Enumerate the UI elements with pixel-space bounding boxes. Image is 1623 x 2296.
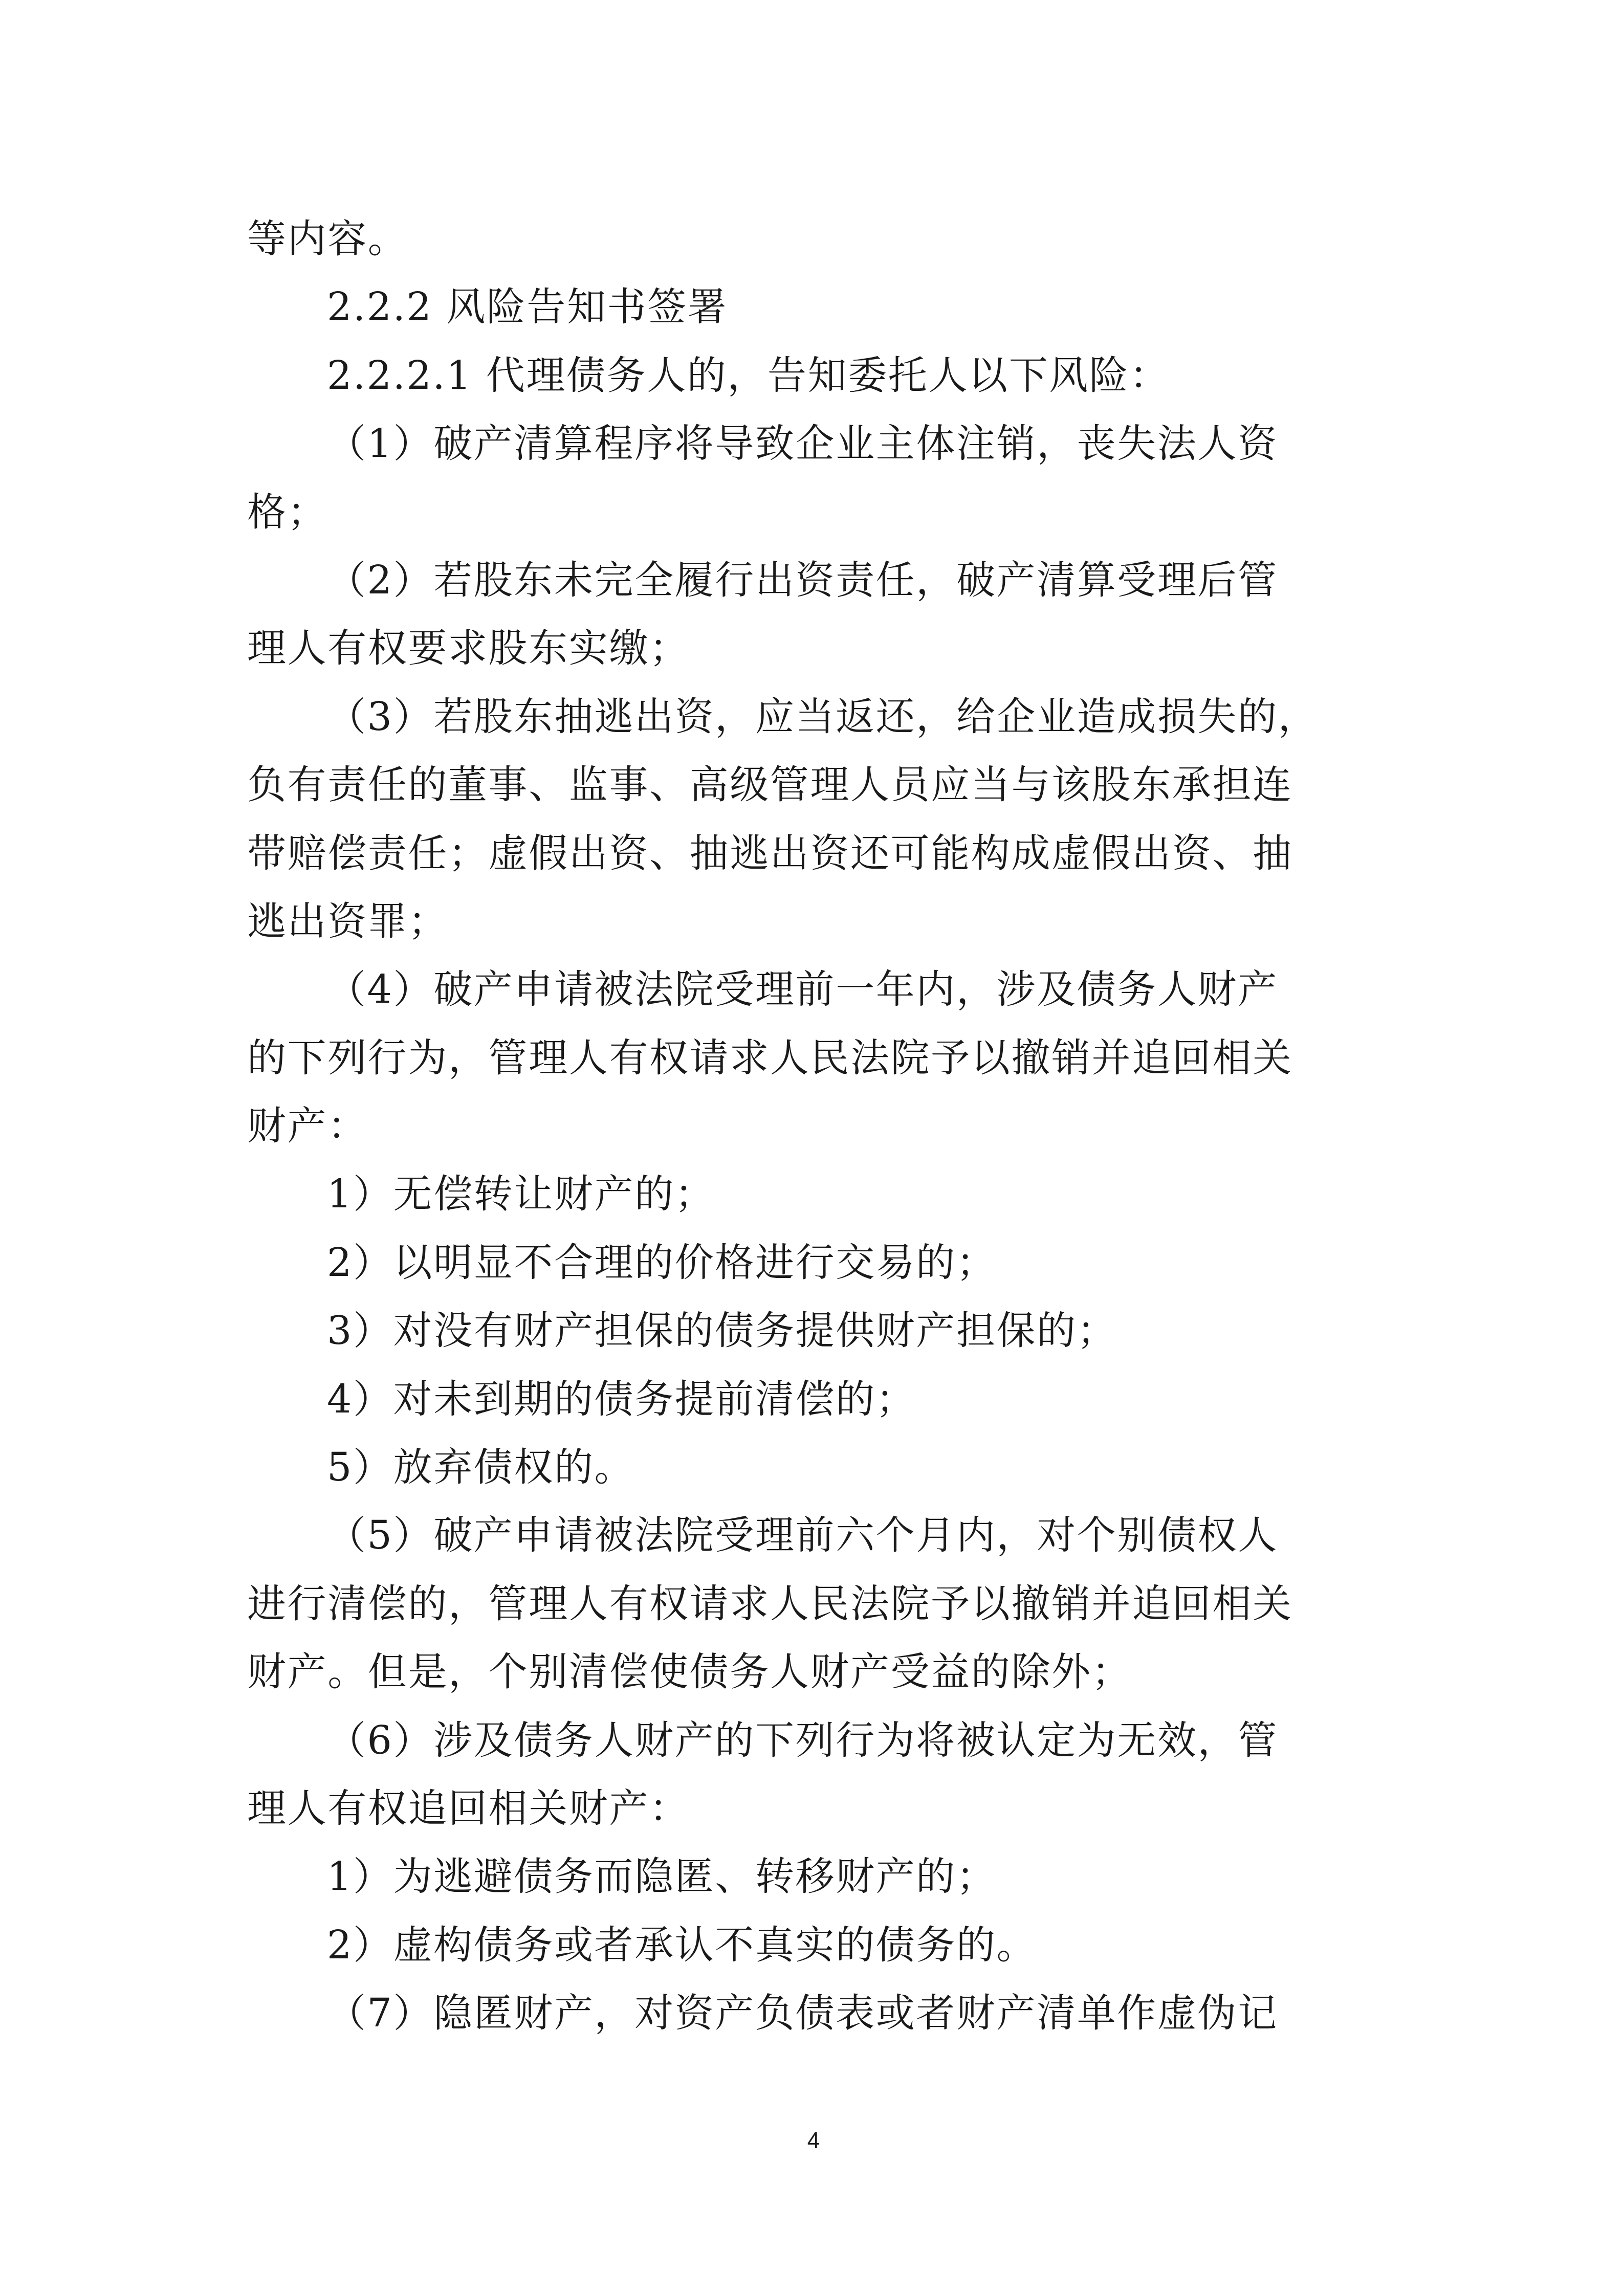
- risk-item-4-sub-3: 3）对没有财产担保的债务提供财产担保的；: [247, 1296, 1375, 1364]
- risk-item-5-continued-b: 财产。但是，个别清偿使债务人财产受益的除外；: [247, 1638, 1375, 1706]
- risk-item-3-continued-b: 带赔偿责任；虚假出资、抽逃出资还可能构成虚假出资、抽: [247, 819, 1375, 887]
- risk-item-3-continued-a: 负有责任的董事、监事、高级管理人员应当与该股东承担连: [247, 750, 1375, 819]
- risk-item-6: （6）涉及债务人财产的下列行为将被认定为无效，管: [247, 1706, 1375, 1774]
- risk-item-1: （1）破产清算程序将导致企业主体注销，丧失法人资: [247, 409, 1375, 477]
- page-number: 4: [798, 2128, 829, 2154]
- risk-item-4-sub-2: 2）以明显不合理的价格进行交易的；: [247, 1228, 1375, 1296]
- risk-item-6-sub-1: 1）为逃避债务而隐匿、转移财产的；: [247, 1842, 1375, 1910]
- risk-item-3-continued-c: 逃出资罪；: [247, 887, 1375, 955]
- risk-item-4: （4）破产申请被法院受理前一年内，涉及债务人财产: [247, 955, 1375, 1023]
- risk-item-1-continued: 格；: [247, 478, 1375, 546]
- risk-item-3: （3）若股东抽逃出资，应当返还，给企业造成损失的，: [247, 682, 1375, 750]
- risk-item-5-continued-a: 进行清偿的，管理人有权请求人民法院予以撤销并追回相关: [247, 1570, 1375, 1638]
- risk-item-2: （2）若股东未完全履行出资责任，破产清算受理后管: [247, 546, 1375, 614]
- risk-item-2-continued: 理人有权要求股东实缴；: [247, 614, 1375, 682]
- risk-item-4-continued-a: 的下列行为，管理人有权请求人民法院予以撤销并追回相关: [247, 1024, 1375, 1092]
- risk-item-6-continued: 理人有权追回相关财产：: [247, 1774, 1375, 1842]
- section-heading-2-2-2: 2.2.2 风险告知书签署: [247, 273, 1375, 341]
- subsection-heading-2-2-2-1: 2.2.2.1 代理债务人的，告知委托人以下风险：: [247, 341, 1375, 409]
- risk-item-6-sub-2: 2）虚构债务或者承认不真实的债务的。: [247, 1911, 1375, 1979]
- risk-item-4-continued-b: 财产：: [247, 1092, 1375, 1160]
- risk-item-7: （7）隐匿财产，对资产负债表或者财产清单作虚伪记: [247, 1979, 1375, 2047]
- text-line-continuation: 等内容。: [247, 205, 1375, 273]
- risk-item-5: （5）破产申请被法院受理前六个月内，对个别债权人: [247, 1501, 1375, 1569]
- document-page: 等内容。 2.2.2 风险告知书签署 2.2.2.1 代理债务人的，告知委托人以…: [0, 0, 1623, 2296]
- risk-item-4-sub-1: 1）无偿转让财产的；: [247, 1160, 1375, 1228]
- document-body: 等内容。 2.2.2 风险告知书签署 2.2.2.1 代理债务人的，告知委托人以…: [247, 205, 1375, 2047]
- risk-item-4-sub-5: 5）放弃债权的。: [247, 1433, 1375, 1501]
- risk-item-4-sub-4: 4）对未到期的债务提前清偿的；: [247, 1365, 1375, 1433]
